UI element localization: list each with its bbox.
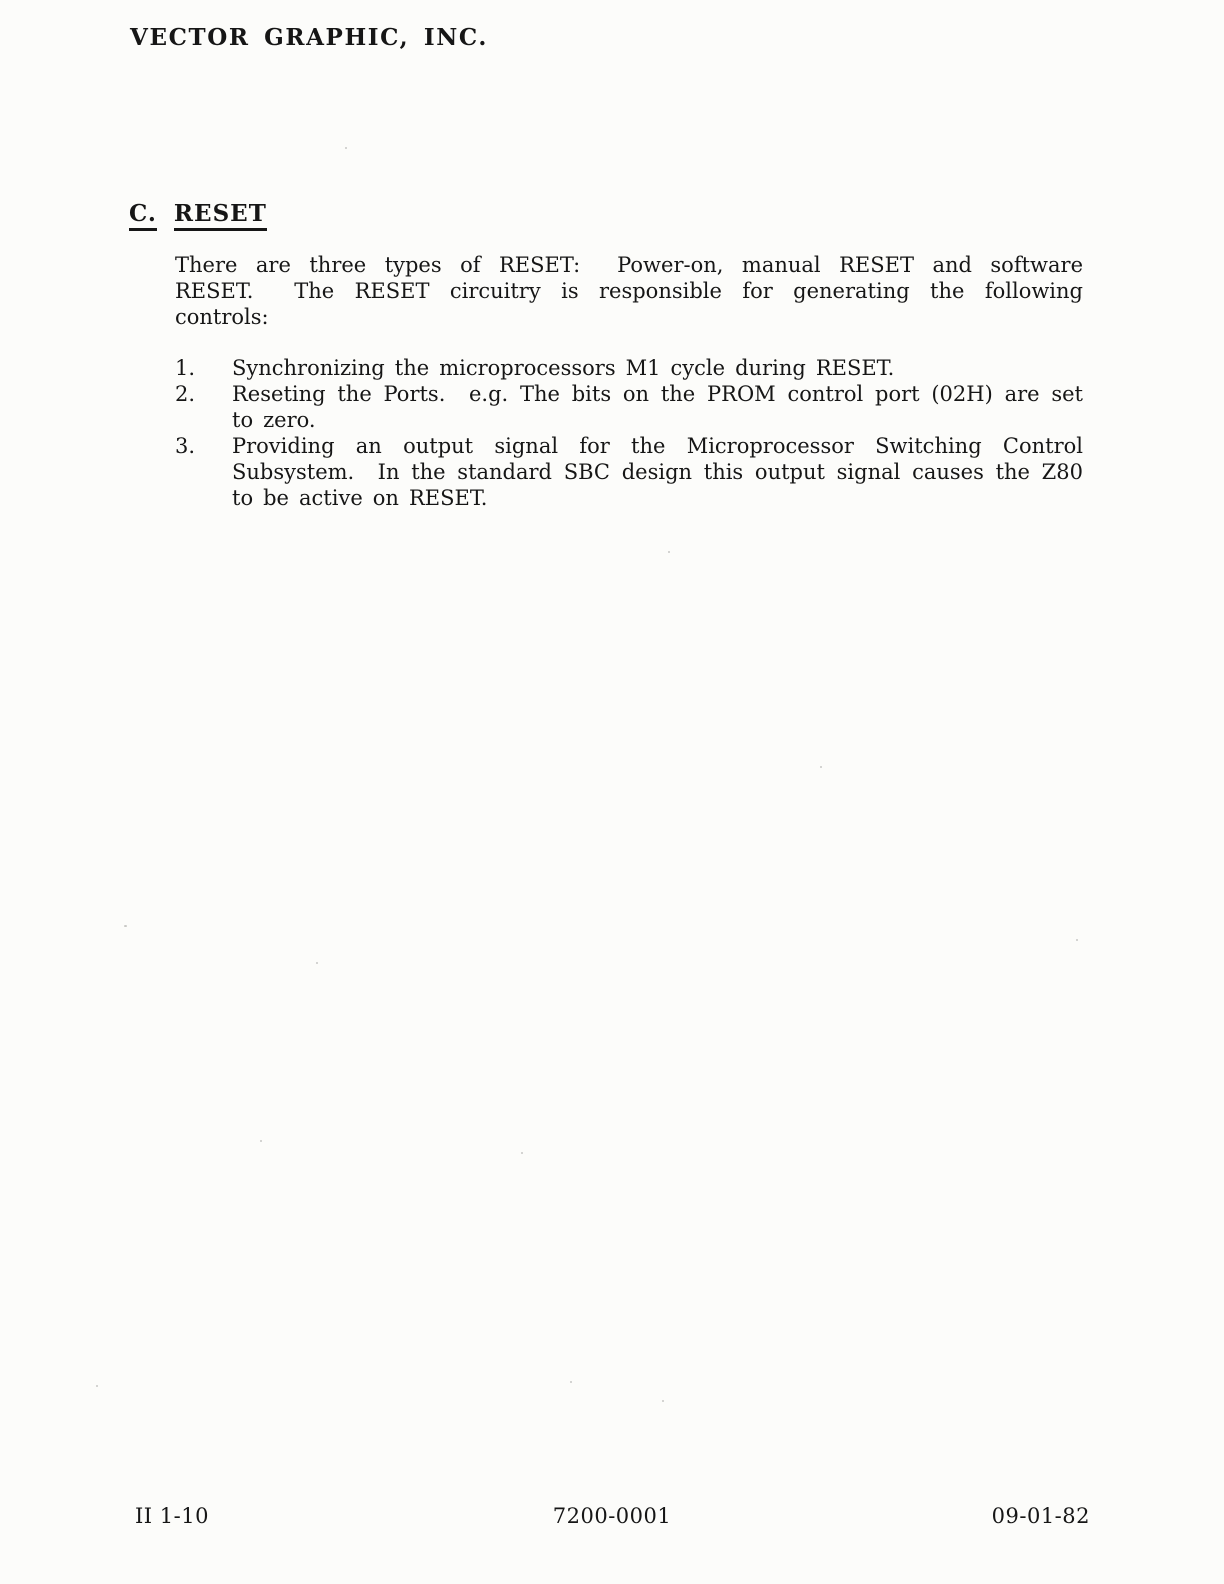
scan-speck [570, 1381, 572, 1383]
text-line: Synchronizing the microprocessors M1 cyc… [232, 355, 1083, 381]
document-page: VECTOR GRAPHIC, INC. C.RESET There are t… [0, 0, 1224, 1584]
text-line: to zero. [232, 407, 1083, 433]
text-line: Reseting the Ports. e.g. The bits on the… [232, 381, 1083, 407]
scan-speck [1076, 939, 1078, 941]
scan-speck [124, 925, 127, 927]
text-line: controls: [175, 304, 1083, 330]
section-heading: C.RESET [129, 200, 267, 231]
scan-speck [521, 1152, 523, 1154]
page-footer: II 1-10 7200-0001 09-01-82 [0, 1504, 1224, 1534]
text-line: Subsystem. In the standard SBC design th… [232, 459, 1083, 485]
section-label: C. [129, 200, 157, 231]
list-item-text: Providing an output signal for the Micro… [232, 433, 1083, 511]
scan-speck [345, 147, 347, 149]
scan-speck [316, 962, 318, 964]
scan-speck [662, 1400, 664, 1402]
list-item-number: 1. [175, 355, 232, 381]
controls-list: 1. Synchronizing the microprocessors M1 … [175, 355, 1083, 511]
list-item: 2. Reseting the Ports. e.g. The bits on … [175, 381, 1083, 433]
date-stamp: 09-01-82 [992, 1504, 1090, 1528]
text-line: to be active on RESET. [232, 485, 1083, 511]
text-line: RESET. The RESET circuitry is responsibl… [175, 278, 1083, 304]
list-item-number: 2. [175, 381, 232, 433]
text-line: There are three types of RESET: Power-on… [175, 252, 1083, 278]
scan-speck [260, 1140, 262, 1142]
intro-paragraph: There are three types of RESET: Power-on… [175, 252, 1083, 330]
list-item: 1. Synchronizing the microprocessors M1 … [175, 355, 1083, 381]
text-line: Providing an output signal for the Micro… [232, 433, 1083, 459]
scan-speck [668, 551, 670, 553]
list-item-text: Synchronizing the microprocessors M1 cyc… [232, 355, 1083, 381]
body-content: There are three types of RESET: Power-on… [175, 252, 1083, 511]
scan-speck [96, 1385, 98, 1387]
company-header: VECTOR GRAPHIC, INC. [130, 24, 488, 51]
list-item-text: Reseting the Ports. e.g. The bits on the… [232, 381, 1083, 433]
scan-speck [820, 766, 822, 768]
section-title: RESET [174, 200, 267, 231]
list-item: 3. Providing an output signal for the Mi… [175, 433, 1083, 511]
list-item-number: 3. [175, 433, 232, 511]
